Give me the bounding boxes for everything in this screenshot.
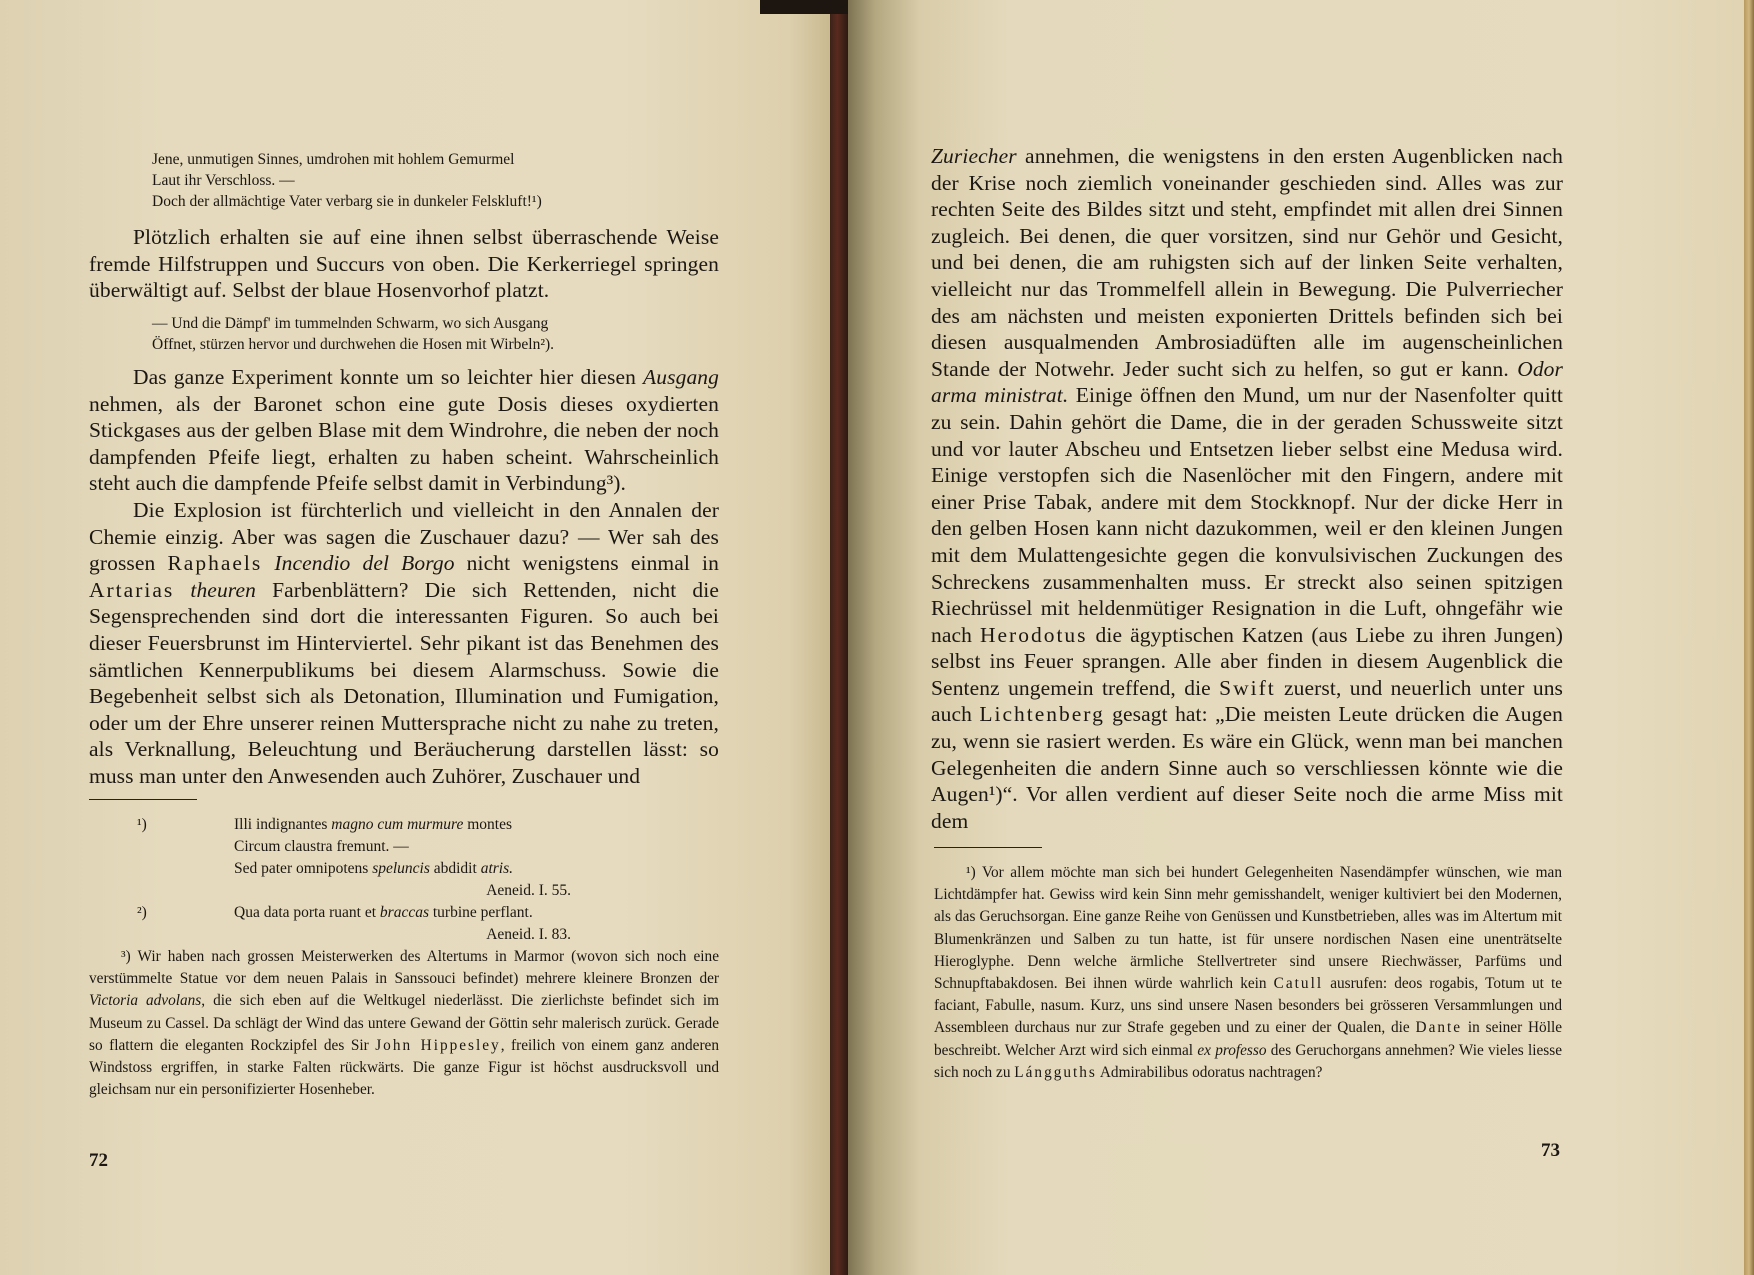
text-run: Circum claustra fremunt. — [234,838,409,855]
footnote-text: ³) Wir haben nach grossen Meisterwerken … [89,946,719,1101]
footnote-1: ¹) Illi indignantes magno cum murmure mo… [89,814,719,880]
spaced-name: John Hippesley [375,1037,500,1054]
footnote-marker: ²) [89,902,234,924]
italic-run: magno cum murmure [331,816,463,833]
text-run: abdidit [430,860,481,877]
footnote-lines: Qua data porta ruant et braccas turbine … [234,902,533,924]
text-run: Sed pater omnipotens [234,860,372,877]
divider [934,847,1042,848]
footnote-rule-right [934,847,1042,848]
page-number-right: 73 [1541,1140,1560,1162]
verse-line: Circum claustra fremunt. — [234,836,513,858]
verse-line: — Und die Dämpf' im tummelnden Schwarm, … [152,313,712,334]
verse-line: Öffnet, stürzen hervor und durchwehen di… [152,334,712,355]
citation: Aeneid. I. 55. [89,880,719,902]
text-run: annehmen, die wenigstens in den ersten A… [931,144,1563,381]
footnote-2: ²) Qua data porta ruant et braccas turbi… [89,902,719,924]
page-number-left: 72 [89,1150,108,1172]
italic-run: Victoria advolans [89,992,201,1009]
paragraph-text: Die Explosion ist fürchterlich und viell… [89,497,719,790]
italic-run: Ausgang [643,365,719,389]
citation: Aeneid. I. 83. [89,924,719,946]
text-run: montes [463,816,512,833]
paragraph-text: Zuriecher annehmen, die wenigstens in de… [931,143,1563,834]
verse-line: Jene, unmutigen Sinnes, umdrohen mit hoh… [152,149,712,170]
divider [89,799,197,800]
spaced-name: Catull [1274,975,1323,992]
verse-quote-1: Jene, unmutigen Sinnes, umdrohen mit hoh… [152,149,712,212]
text-run: Farbenblättern? Die sich Rettenden, nich… [89,578,719,788]
spaced-name: Herodotus [980,623,1088,647]
verse-line: Laut ihr Verschloss. — [152,170,712,191]
spaced-name: Swift [1219,676,1276,700]
verse-line: Qua data porta ruant et braccas turbine … [234,902,533,924]
footnote-right: ¹) Vor allem möchte man sich bei hundert… [934,862,1562,1084]
spaced-name: Raphaels [167,551,262,575]
text-run: nehmen, als der Baronet schon eine gute … [89,392,719,496]
italic-run: Zuriecher [931,144,1017,168]
paragraph-2: Das ganze Experiment konnte um so leicht… [89,364,719,790]
book-spine [830,0,848,1275]
verse-line: Doch der allmächtige Vater verbarg sie i… [152,191,712,212]
open-book-spread: Jene, unmutigen Sinnes, umdrohen mit hoh… [0,0,1754,1275]
text-run: Admirabilibus odoratus nachtragen? [1097,1064,1323,1081]
italic-run: Incendio del Borgo [274,551,454,575]
paragraph-1: Plötzlich erhalten sie auf eine ihnen se… [89,224,719,304]
italic-run: atris. [481,860,513,877]
footnote-marker: ¹) [89,814,234,880]
spaced-name: Lichtenberg [979,702,1104,726]
paragraph-text: Das ganze Experiment konnte um so leicht… [89,364,719,497]
paragraph-text: Plötzlich erhalten sie auf eine ihnen se… [89,224,719,304]
footnote-text: ¹) Vor allem möchte man sich bei hundert… [934,862,1562,1084]
verse-line: Illi indignantes magno cum murmure monte… [234,814,513,836]
spaced-name: Dante [1416,1019,1463,1036]
text-run: Das ganze Experiment konnte um so leicht… [133,365,643,389]
footnote-marker: ³) [121,948,131,965]
spaced-name: Artarias [89,578,174,602]
verse-line: Sed pater omnipotens speluncis abdidit a… [234,858,513,880]
text-run: Einige öffnen den Mund, um nur der Nasen… [931,383,1563,646]
footnote-rule [89,799,197,800]
footnote-lines: Illi indignantes magno cum murmure monte… [234,814,513,880]
footnotes-left: ¹) Illi indignantes magno cum murmure mo… [89,814,719,1101]
page-edge [1744,0,1754,1275]
italic-run: braccas [380,904,429,921]
footnote-marker: ¹) [966,864,976,881]
paragraph-right: Zuriecher annehmen, die wenigstens in de… [931,143,1563,834]
italic-run: theuren [190,578,256,602]
text-run: Qua data porta ruant et [234,904,380,921]
footnote-3: ³) Wir haben nach grossen Meisterwerken … [89,946,719,1101]
text-run: Wir haben nach grossen Meisterwerken des… [89,948,719,987]
text-run: Illi indignantes [234,816,331,833]
verse-quote-2: — Und die Dämpf' im tummelnden Schwarm, … [152,313,712,355]
text-run: nicht wenigstens einmal in [455,551,719,575]
italic-run: speluncis [372,860,430,877]
text-run: Vor allem möchte man sich bei hundert Ge… [934,864,1562,992]
spaced-name: Lángguths [1014,1064,1097,1081]
italic-run: ex professo [1197,1042,1266,1059]
text-run: turbine perflant. [429,904,533,921]
